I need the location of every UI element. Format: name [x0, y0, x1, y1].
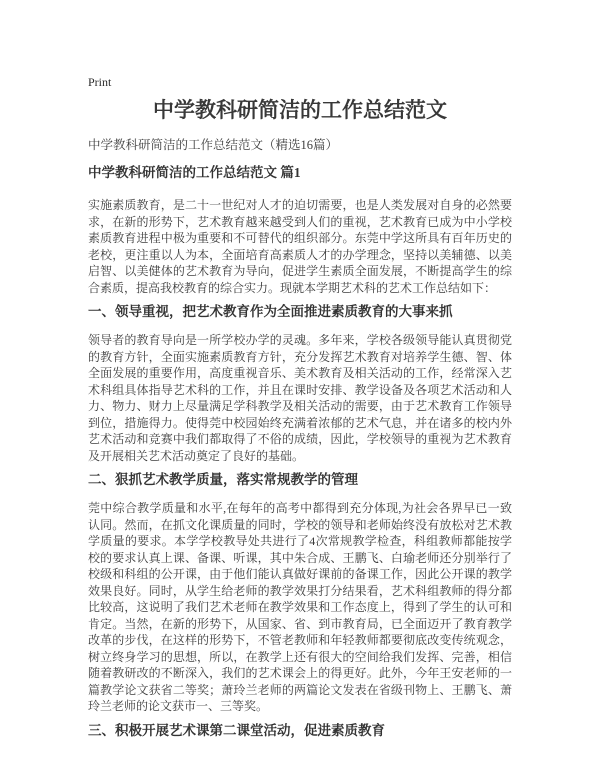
- article-subtitle: 中学教科研简洁的工作总结范文（精选16篇）: [88, 137, 512, 153]
- paragraph-section-2: 莞中综合教学质量和水平,在每年的高考中都得到充分体现,为社会各界早已一致认同。然…: [88, 500, 512, 715]
- document-page: Print 中学教科研简洁的工作总结范文 中学教科研简洁的工作总结范文（精选16…: [0, 0, 600, 776]
- section-heading-2: 二、狠抓艺术教学质量，落实常规教学的管理: [88, 471, 512, 488]
- paragraph-section-1: 领导者的教育导向是一所学校办学的灵魂。多年来，学校各级领导能认真贯彻党的教育方针…: [88, 332, 512, 464]
- section-heading-3: 三、积极开展艺术课第二课堂活动，促进素质教育: [88, 722, 512, 739]
- section-heading-1: 一、领导重视，把艺术教育作为全面推进素质教育的大事来抓: [88, 303, 512, 320]
- article-heading: 中学教科研简洁的工作总结范文 篇1: [88, 164, 512, 181]
- print-button[interactable]: Print: [88, 76, 111, 89]
- page-title: 中学教科研简洁的工作总结范文: [88, 98, 512, 122]
- paragraph-intro: 实施素质教育，是二十一世纪对人才的迫切需要，也是人类发展对自身的必然要求，在新的…: [88, 197, 512, 296]
